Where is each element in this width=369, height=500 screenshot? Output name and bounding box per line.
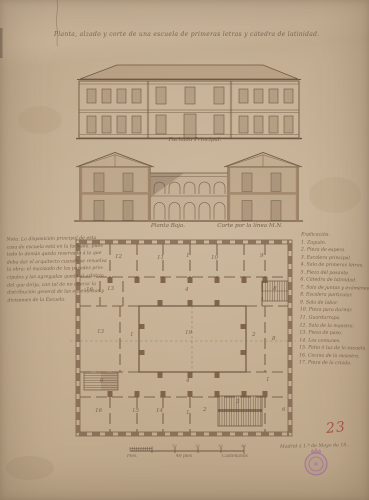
room-number: 13 xyxy=(97,329,104,335)
legend-item: 17. Pieza de la criada. xyxy=(299,360,367,369)
courtyard-arcade xyxy=(151,173,228,221)
room-number: 1 xyxy=(186,253,190,259)
stain xyxy=(309,177,361,213)
courtyard xyxy=(139,306,246,372)
scale-tick-label: 30 xyxy=(218,443,223,448)
section-line xyxy=(70,306,296,372)
room-number: 12 xyxy=(115,254,122,260)
room-number: 14 xyxy=(156,408,163,414)
room-number: 1 xyxy=(186,410,190,416)
room-number: 15 xyxy=(132,408,139,414)
crease xyxy=(56,0,57,46)
room-number: 3 xyxy=(236,399,240,405)
room-number: 19 xyxy=(185,330,192,336)
roof xyxy=(80,65,298,79)
scale-center-label: 40 pies xyxy=(176,454,192,459)
note-line: divisiones de la Escuela. xyxy=(7,296,75,305)
room-number: 10 xyxy=(211,255,218,261)
main-door xyxy=(184,114,196,138)
scale-tick-label: 20 xyxy=(195,443,200,448)
scale-left-label: Pies. xyxy=(127,454,138,459)
room-number: 8 xyxy=(273,286,277,292)
room-number: 2 xyxy=(203,407,207,413)
room-number: 16 xyxy=(95,408,102,414)
section-caption: Corte por la línea M.N. xyxy=(210,223,290,229)
drawing-sheet: Planta, alzado y corte de una escuela de… xyxy=(0,0,369,500)
plan-caption: Planta Baja. xyxy=(140,223,196,229)
room-number: 16 xyxy=(86,287,93,293)
room-number: 1 xyxy=(266,377,270,383)
scale-bar xyxy=(130,446,244,455)
section-drawing xyxy=(74,153,303,222)
windows-upper xyxy=(87,87,293,104)
academy-stamp xyxy=(305,448,327,475)
room-number: 4 xyxy=(185,287,189,293)
room-number: 4 xyxy=(186,378,190,384)
page-title: Planta, alzado y corte de una escuela de… xyxy=(54,31,314,38)
room-number: 13 xyxy=(107,286,114,292)
stain xyxy=(18,106,62,134)
room-number: 6 xyxy=(282,407,286,413)
edge-tear xyxy=(0,28,3,58)
staircase-bottom xyxy=(218,396,262,426)
note-block: Nota. La disposición principal de esta c… xyxy=(6,235,75,305)
room-number: 8 xyxy=(272,336,276,342)
room-number: 2 xyxy=(252,332,256,338)
page-number: 23 xyxy=(325,419,346,437)
legend-block: Explicación. 1. Zaguán. 2. Pieza de espe… xyxy=(299,231,369,368)
scale-right-label: Castellanos xyxy=(222,454,248,459)
room-number: 11 xyxy=(157,255,164,261)
stain xyxy=(6,456,54,480)
elevation-drawing xyxy=(76,65,302,139)
room-number: 1 xyxy=(130,332,134,338)
elevation-caption: Fachada Principal. xyxy=(150,137,240,143)
scale-tick-label: 10 xyxy=(172,443,177,448)
room-number: 6 xyxy=(100,378,104,384)
scale-tick-label: 40 xyxy=(241,443,246,448)
room-number: 9 xyxy=(260,253,264,259)
